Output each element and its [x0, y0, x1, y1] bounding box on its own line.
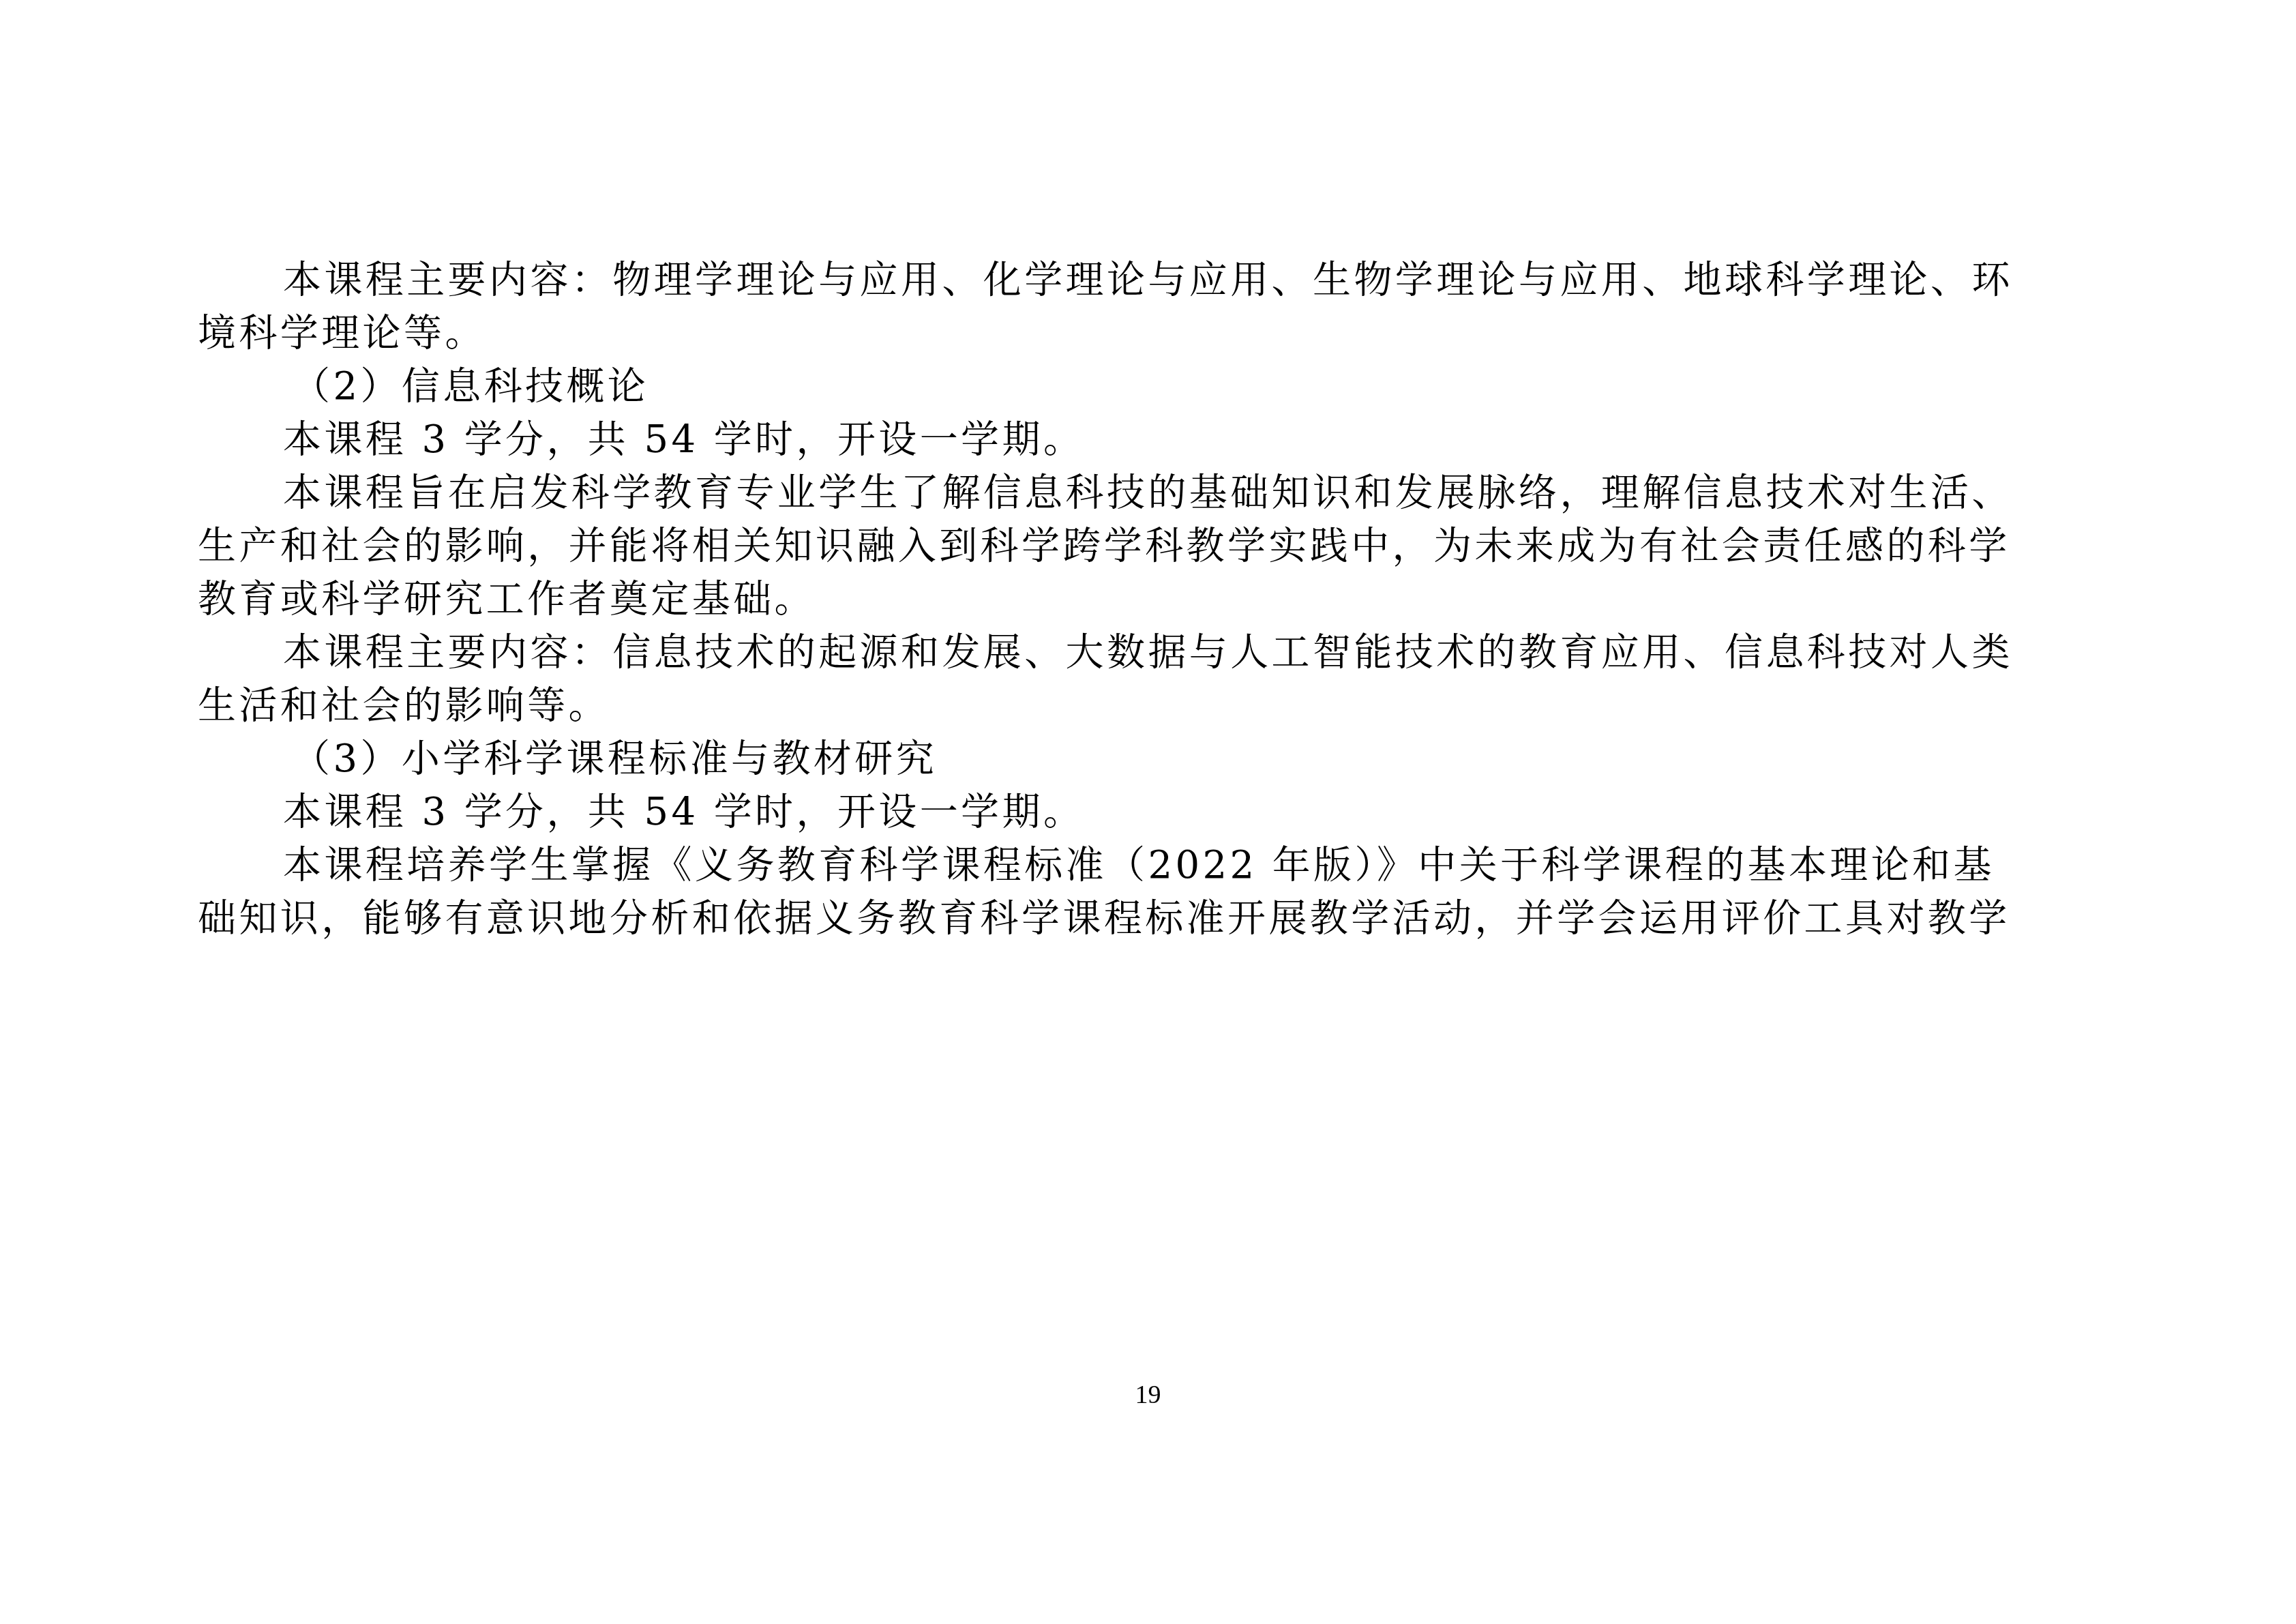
paragraph-curriculum-aim: 本课程培养学生掌握《义务教育科学课程标准（2022 年版）》中关于科学课程的基本…	[198, 839, 2107, 945]
paragraph-info-tech-credits: 本课程 3 学分，共 54 学时，开设一学期。	[198, 413, 2107, 467]
section-heading-info-tech: （2）信息科技概论	[198, 360, 2107, 413]
page-body: 本课程主要内容：物理学理论与应用、化学理论与应用、生物学理论与应用、地球科学理论…	[198, 254, 2107, 945]
paragraph-science-content: 本课程主要内容：物理学理论与应用、化学理论与应用、生物学理论与应用、地球科学理论…	[198, 254, 2107, 360]
text-line: 本课程主要内容：物理学理论与应用、化学理论与应用、生物学理论与应用、地球科学理论…	[198, 254, 2107, 307]
text-line: 本课程旨在启发科学教育专业学生了解信息科技的基础知识和发展脉络，理解信息技术对生…	[198, 467, 2107, 520]
paragraph-curriculum-credits: 本课程 3 学分，共 54 学时，开设一学期。	[198, 786, 2107, 839]
section-heading-curriculum-standards: （3）小学科学课程标准与教材研究	[198, 733, 2107, 786]
section-heading: （2）信息科技概论	[198, 360, 2107, 413]
text-line: 教育或科学研究工作者奠定基础。	[198, 573, 2107, 626]
text-line: 础知识，能够有意识地分析和依据义务教育科学课程标准开展教学活动，并学会运用评价工…	[198, 892, 2107, 945]
text-line: 本课程培养学生掌握《义务教育科学课程标准（2022 年版）》中关于科学课程的基本…	[198, 839, 2107, 892]
text-line: 生产和社会的影响，并能将相关知识融入到科学跨学科教学实践中，为未来成为有社会责任…	[198, 520, 2107, 573]
text-line: 本课程主要内容：信息技术的起源和发展、大数据与人工智能技术的教育应用、信息科技对…	[198, 626, 2107, 679]
text-line: 境科学理论等。	[198, 307, 2107, 360]
page-number: 19	[0, 1378, 2296, 1412]
section-heading: （3）小学科学课程标准与教材研究	[198, 733, 2107, 786]
paragraph-info-tech-content: 本课程主要内容：信息技术的起源和发展、大数据与人工智能技术的教育应用、信息科技对…	[198, 626, 2107, 733]
text-line: 生活和社会的影响等。	[198, 679, 2107, 733]
text-line: 本课程 3 学分，共 54 学时，开设一学期。	[198, 786, 2107, 839]
paragraph-info-tech-aim: 本课程旨在启发科学教育专业学生了解信息科技的基础知识和发展脉络，理解信息技术对生…	[198, 467, 2107, 626]
text-line: 本课程 3 学分，共 54 学时，开设一学期。	[198, 413, 2107, 467]
